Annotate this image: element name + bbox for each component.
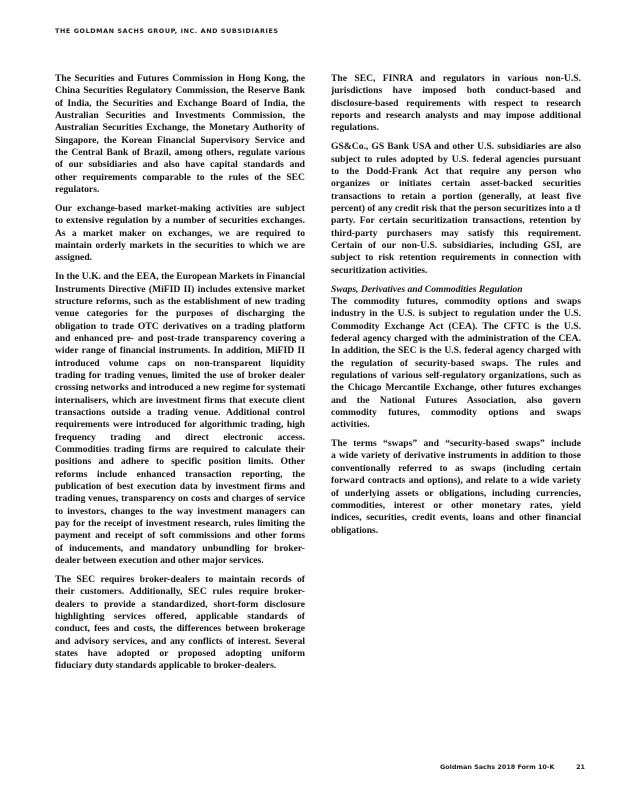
text-line: securitization activities. <box>331 265 581 277</box>
text-line: states have adopted or proposed adopting… <box>55 648 305 660</box>
text-line: Instruments Directive (MiFID II) include… <box>55 284 305 296</box>
text-line: the Chicago Mercantile Exchange, other f… <box>331 382 581 394</box>
text-line: publication of best execution data by in… <box>55 481 305 493</box>
text-line: maintain orderly markets in the securiti… <box>55 240 305 252</box>
text-line: their customers. Additionally, SEC rules… <box>55 586 305 598</box>
text-line: subject to risk retention requirements i… <box>331 252 581 264</box>
paragraph-swaps-derivatives: Swaps, Derivatives and Commodities Regul… <box>331 284 581 432</box>
footer-publication: Goldman Sachs 2018 Form 10-K <box>440 763 554 771</box>
text-line: regulators. <box>55 184 305 196</box>
text-line: percent) of any credit risk that the per… <box>331 203 581 215</box>
text-line: Singapore, the Korean Financial Supervis… <box>55 135 305 147</box>
text-line: disclosure-based requirements with respe… <box>331 98 581 110</box>
text-line: structure reforms, such as the establish… <box>55 296 305 308</box>
text-line: positions and adhere to specific positio… <box>55 456 305 468</box>
text-line: Australian Securities Exchange, the Mone… <box>55 122 305 134</box>
text-line: of inducements, and mandatory unbundling… <box>55 543 305 555</box>
text-line: trading venues, transparency on costs an… <box>55 493 305 505</box>
text-line: to the Dodd-Frank Act that require any p… <box>331 166 581 178</box>
right-column: The SEC, FINRA and regulators in various… <box>331 73 581 543</box>
text-line: the regulation of security-based swaps. … <box>331 358 581 370</box>
text-line: China Securities Regulatory Commission, … <box>55 85 305 97</box>
paragraph-risk-retention: GS&Co., GS Bank USA and other U.S. subsi… <box>331 141 581 277</box>
text-line: of India, the Securities and Exchange Bo… <box>55 98 305 110</box>
text-line: federal agency charged with the administ… <box>331 333 581 345</box>
text-line: jurisdictions have imposed both conduct-… <box>331 85 581 97</box>
text-line: venue categories for the purposes of dis… <box>55 308 305 320</box>
text-line: In addition, the SEC is the U.S. federal… <box>331 345 581 357</box>
text-line: introduced volume caps on non-transparen… <box>55 358 305 370</box>
text-line: a wide variety of derivative instruments… <box>331 450 581 462</box>
paragraph-swap-definitions: The terms “swaps” and “security-based sw… <box>331 438 581 537</box>
text-line: pay for the receipt of investment resear… <box>55 518 305 530</box>
text-line: regulations. <box>331 122 581 134</box>
paragraph-exchange-market-making: Our exchange-based market-making activit… <box>55 203 305 265</box>
paragraph-research-regulation: The SEC, FINRA and regulators in various… <box>331 73 581 135</box>
text-line: dealer between execution and other major… <box>55 555 305 567</box>
running-head: THE GOLDMAN SACHS GROUP, INC. AND SUBSID… <box>55 27 315 35</box>
text-line: transactions outside a trading venue. Ad… <box>55 407 305 419</box>
section-heading: Swaps, Derivatives and Commodities Regul… <box>331 284 581 296</box>
text-line: of underlying assets or obligations, inc… <box>331 488 581 500</box>
text-line: frequency trading and direct electronic … <box>55 432 305 444</box>
text-line: forward contracts and options), and rela… <box>331 475 581 487</box>
text-line: conventionally referred to as swaps (inc… <box>331 463 581 475</box>
text-line: Our exchange-based market-making activit… <box>55 203 305 215</box>
text-line: Certain of our non-U.S. subsidiaries, in… <box>331 240 581 252</box>
text-line: obligation to trade OTC derivatives on a… <box>55 321 305 333</box>
text-line: dealers to provide a standardized, short… <box>55 599 305 611</box>
text-line: fiduciary duty standards applicable to b… <box>55 660 305 672</box>
text-line: wider range of financial instruments. In… <box>55 345 305 357</box>
text-line: The SEC requires broker-dealers to maint… <box>55 574 305 586</box>
text-line: Australian Securities and Investments Co… <box>55 110 305 122</box>
text-line: assigned. <box>55 252 305 264</box>
text-line: As a market maker on exchanges, we are r… <box>55 228 305 240</box>
page-number: 21 <box>576 763 585 771</box>
text-line: and enhanced pre- and post-trade transpa… <box>55 333 305 345</box>
text-line: requirements were introduced for algorit… <box>55 419 305 431</box>
text-line: Commodities trading firms are required t… <box>55 444 305 456</box>
text-line: crossing networks and introduced a new r… <box>55 382 305 394</box>
text-line: organizes or initiates certain asset-bac… <box>331 178 581 190</box>
text-line: payment and receipt of soft commissions … <box>55 530 305 542</box>
text-line: the Central Bank of Brazil, among others… <box>55 147 305 159</box>
text-line: and advisory services, and any conflicts… <box>55 636 305 648</box>
left-column: The Securities and Futures Commission in… <box>55 73 305 679</box>
text-line: conduct, fees and costs, the differences… <box>55 623 305 635</box>
text-line: The commodity futures, commodity options… <box>331 296 581 308</box>
text-line: highlighting services offered, applicabl… <box>55 611 305 623</box>
text-line: trading for trading venues, limited the … <box>55 370 305 382</box>
text-line: obligations. <box>331 525 581 537</box>
text-line: party. For certain securitization transa… <box>331 215 581 227</box>
text-line: reforms include enhanced transaction rep… <box>55 469 305 481</box>
text-line: Commodity Exchange Act (CEA). The CFTC i… <box>331 321 581 333</box>
text-line: commodities, interest or other monetary … <box>331 500 581 512</box>
text-line: reports and research analysts and may im… <box>331 110 581 122</box>
text-line: to investors, changes to the way investm… <box>55 506 305 518</box>
paragraph-securities-regulators: The Securities and Futures Commission in… <box>55 73 305 196</box>
text-line: The Securities and Futures Commission in… <box>55 73 305 85</box>
text-line: GS&Co., GS Bank USA and other U.S. subsi… <box>331 141 581 153</box>
text-line: The SEC, FINRA and regulators in various… <box>331 73 581 85</box>
text-line: to extensive regulation by a number of s… <box>55 215 305 227</box>
text-line: The terms “swaps” and “security-based sw… <box>331 438 581 450</box>
text-line: activities. <box>331 419 581 431</box>
text-line: indices, securities, credit events, loan… <box>331 512 581 524</box>
text-line: subject to rules adopted by U.S. federal… <box>331 154 581 166</box>
text-line: other requirements comparable to the rul… <box>55 172 305 184</box>
text-line: third-party purchasers may satisfy this … <box>331 228 581 240</box>
text-line: and the National Futures Association, al… <box>331 395 581 407</box>
text-line: commodity futures, commodity options and… <box>331 407 581 419</box>
paragraph-broker-dealer-disclosure: The SEC requires broker-dealers to maint… <box>55 574 305 673</box>
paragraph-mifid: In the U.K. and the EEA, the European Ma… <box>55 271 305 567</box>
text-line: regulations of various self-regulatory o… <box>331 370 581 382</box>
text-line: internalisers, which are investment firm… <box>55 395 305 407</box>
text-line: In the U.K. and the EEA, the European Ma… <box>55 271 305 283</box>
page-footer: Goldman Sachs 2018 Form 10-K 21 <box>440 763 585 771</box>
text-line: transactions to retain a portion (genera… <box>331 191 581 203</box>
text-line: of our subsidiaries and also have capita… <box>55 159 305 171</box>
text-line: industry in the U.S. is subject to regul… <box>331 308 581 320</box>
